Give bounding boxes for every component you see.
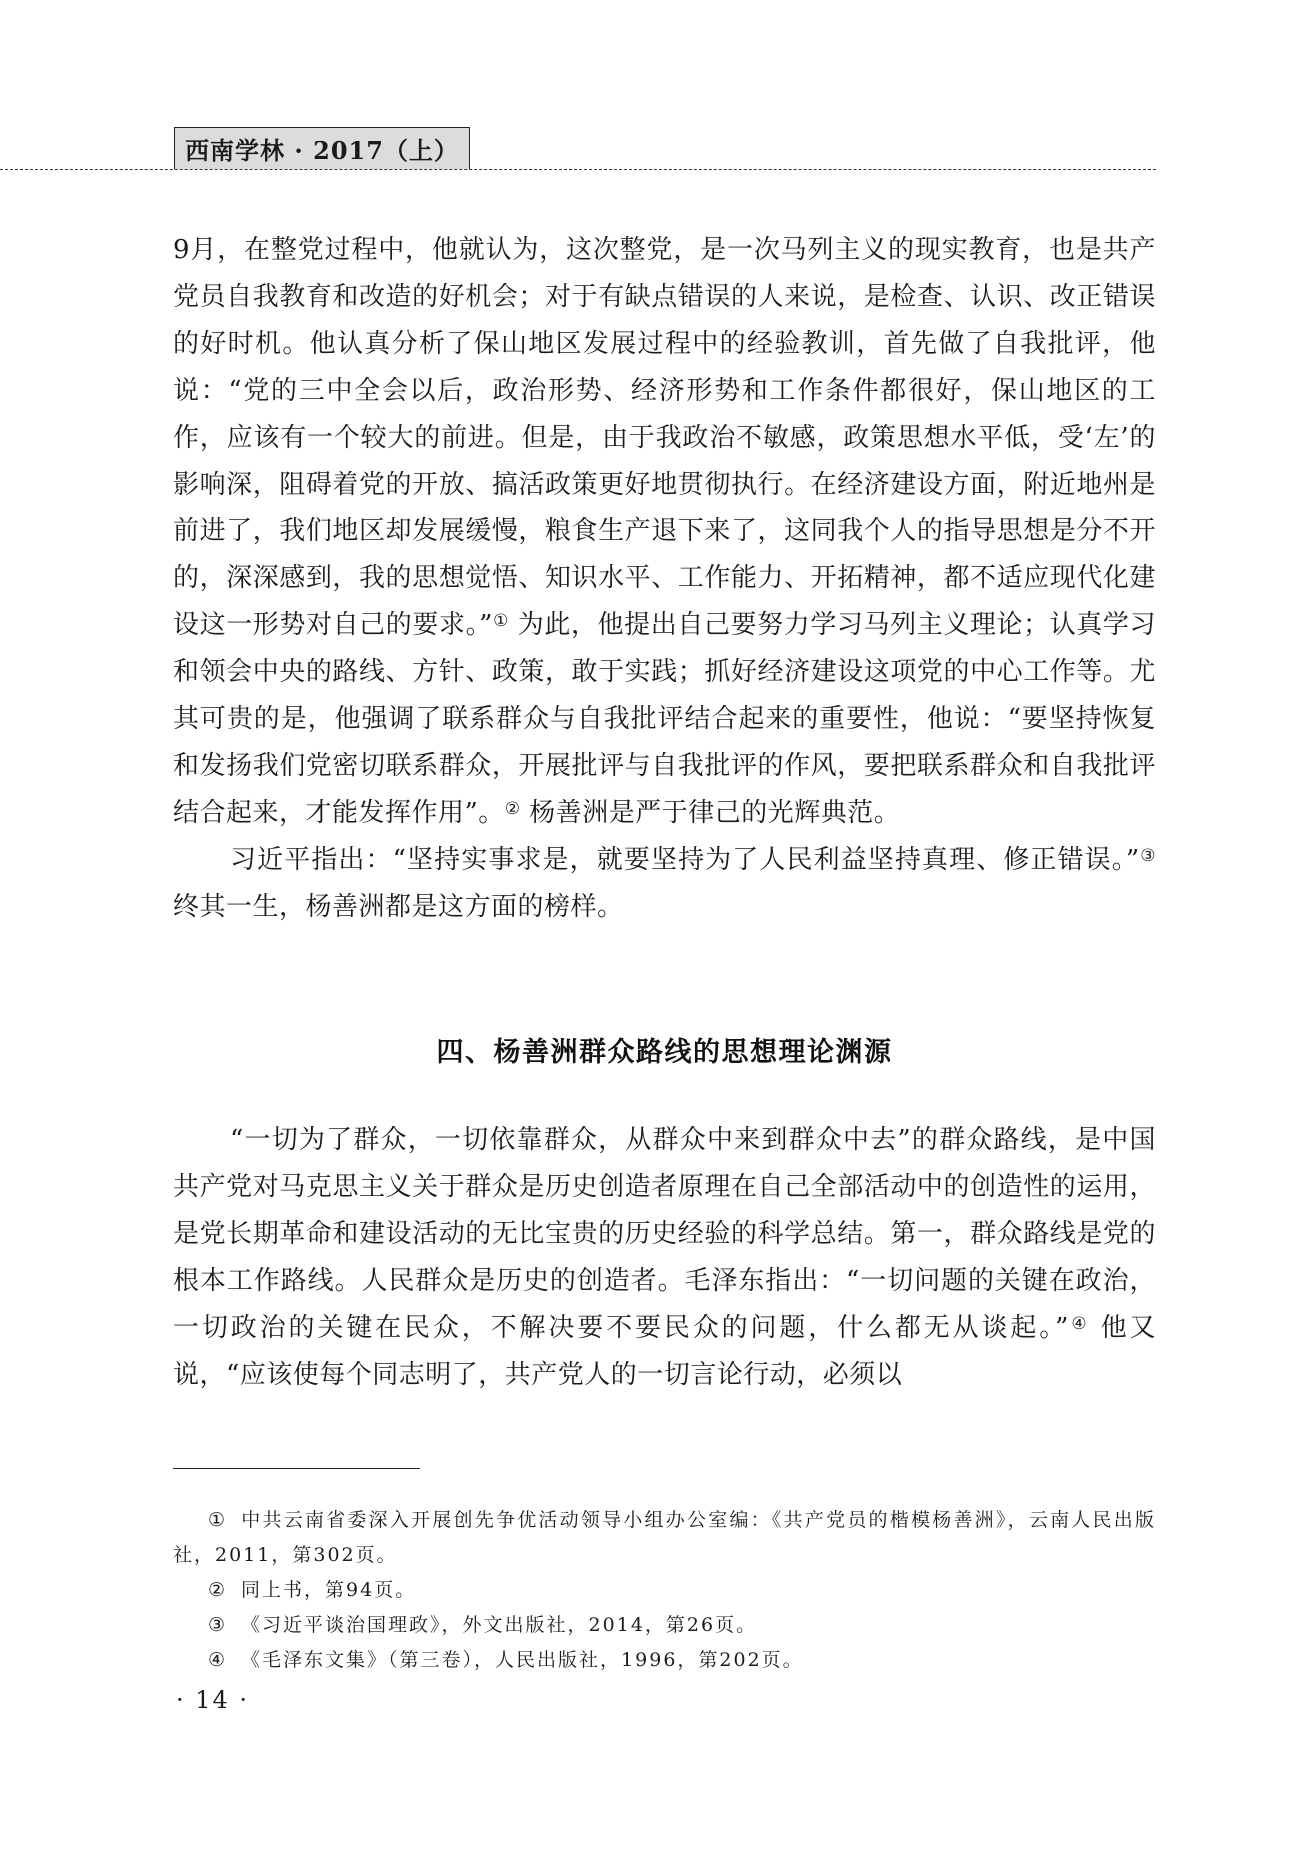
paragraph-text: 为此，他提出自己要努力学习马列主义理论；认真学习和领会中央的路线、方针、政策，敢… [173,610,1156,828]
paragraph: 9月，在整党过程中，他就认为，这次整党，是一次马列主义的现实教育，也是共产党员自… [173,227,1156,837]
footnote-text: 《毛泽东文集》（第三卷），人民出版社，1996，第202页。 [241,1649,804,1671]
paragraph-text: 习近平指出：“坚持实事求是，就要坚持为了人民利益坚持真理、修正错误。” [230,845,1140,875]
header-dashed-rule [0,169,1156,170]
footnotes: ①中共云南省委深入开展创先争优活动领导小组办公室编：《共产党员的楷模杨善洲》，云… [173,1503,1156,1678]
footnote-text: 《习近平谈治国理政》，外文出版社，2014，第26页。 [241,1614,757,1636]
footnote-mark: ① [208,1509,227,1531]
footnote-mark: ④ [208,1649,227,1671]
footnote-ref[interactable]: ① [493,611,509,631]
footnote-ref[interactable]: ③ [1140,846,1156,866]
body-section-2: “一切为了群众，一切依靠群众，从群众中来到群众中去”的群众路线，是中国共产党对马… [173,1117,1156,1398]
body-section-1: 9月，在整党过程中，他就认为，这次整党，是一次马列主义的现实教育，也是共产党员自… [173,227,1156,931]
footnote-text: 同上书，第94页。 [241,1579,416,1601]
page-number: · 14 · [176,1684,249,1716]
footnote-mark: ③ [208,1614,227,1636]
paragraph-text: 杨善洲是严于律己的光辉典范。 [521,798,901,828]
footnote-item: ③《习近平谈治国理政》，外文出版社，2014，第26页。 [173,1608,1156,1643]
paragraph: “一切为了群众，一切依靠群众，从群众中来到群众中去”的群众路线，是中国共产党对马… [173,1117,1156,1398]
section-heading: 四、杨善洲群众路线的思想理论渊源 [173,1030,1156,1076]
footnote-text: 中共云南省委深入开展创先争优活动领导小组办公室编：《共产党员的楷模杨善洲》，云南… [173,1509,1156,1566]
footnote-rule [173,1468,420,1469]
footnote-item: ①中共云南省委深入开展创先争优活动领导小组办公室编：《共产党员的楷模杨善洲》，云… [173,1503,1156,1573]
footnote-item: ②同上书，第94页。 [173,1573,1156,1608]
footnote-item: ④《毛泽东文集》（第三卷），人民出版社，1996，第202页。 [173,1643,1156,1678]
footnote-mark: ② [208,1579,227,1601]
journal-title: 西南学林 · 2017（上） [185,131,459,166]
paragraph: 习近平指出：“坚持实事求是，就要坚持为了人民利益坚持真理、修正错误。”③ 终其一… [173,837,1156,931]
paragraph-text: 终其一生，杨善洲都是这方面的榜样。 [173,892,624,922]
paragraph-text: 9月，在整党过程中，他就认为，这次整党，是一次马列主义的现实教育，也是共产党员自… [173,235,1156,640]
paragraph-text: “一切为了群众，一切依靠群众，从群众中来到群众中去”的群众路线，是中国共产党对马… [173,1125,1156,1343]
footnote-ref[interactable]: ④ [1069,1314,1090,1334]
footnote-ref[interactable]: ② [505,799,521,819]
running-head: 西南学林 · 2017（上） [174,127,470,169]
